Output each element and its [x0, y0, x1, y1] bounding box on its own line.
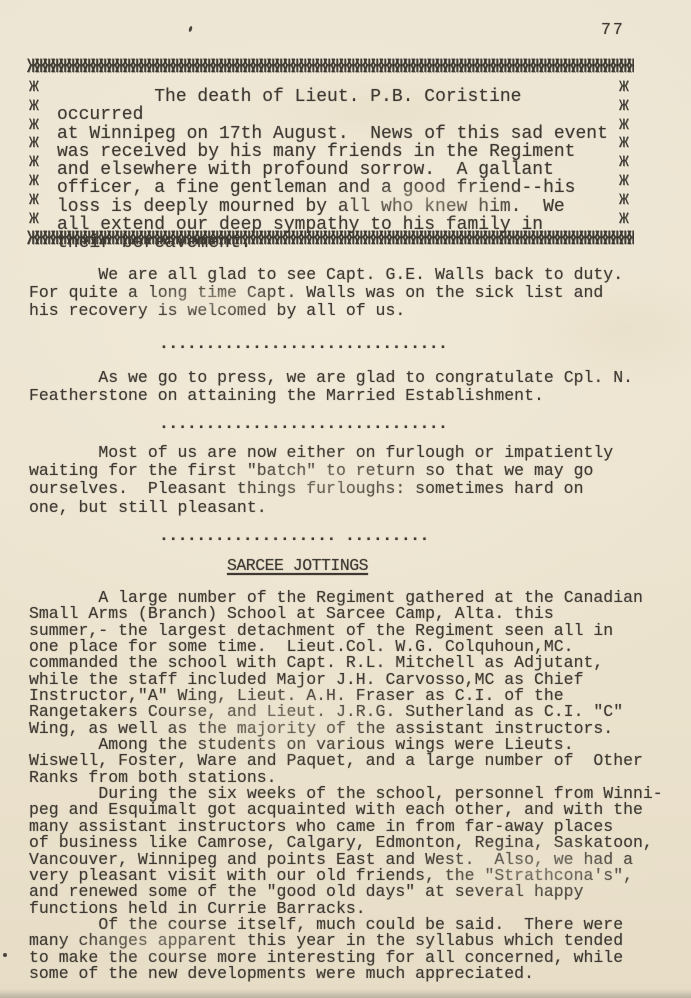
paragraph-walls: We are all glad to see Capt. G.E. Walls … [29, 266, 679, 321]
scanned-document-page: { "colors": { "paper": "#ebe2cd", "ink":… [0, 0, 691, 998]
paragraph-featherstone: As we go to press, we are glad to congra… [29, 369, 679, 405]
dotted-divider: ............................... [159, 414, 499, 433]
dotted-divider: ............................... [159, 334, 499, 353]
paragraph-furlough: Most of us are now either on furlough or… [29, 444, 679, 517]
ink-speck [3, 953, 7, 957]
typewriter-border-top: ЖЖЖЖЖЖЖЖЖЖЖЖЖЖЖЖЖЖЖЖЖЖЖЖЖЖЖЖЖЖЖЖЖЖЖЖЖЖЖЖ… [27, 58, 634, 78]
page-number: 77 [601, 20, 625, 39]
obituary-notice-box: ЖЖЖЖЖЖЖЖЖЖЖЖЖЖЖЖЖЖЖЖЖЖЖЖЖЖЖЖЖЖЖЖЖЖЖЖЖЖЖЖ… [27, 58, 634, 250]
typewriter-border-left: ЖЖЖЖЖЖЖЖ [29, 78, 46, 230]
paragraph-sarcee-school: A large number of the Regiment gathered … [29, 590, 681, 737]
paragraph-sarcee-students: Among the students on various wings were… [29, 737, 681, 786]
paragraph-sarcee-six-weeks: During the six weeks of the school, pers… [29, 786, 681, 917]
typewriter-border-right: ЖЖЖЖЖЖЖЖ [619, 78, 636, 230]
paragraph-sarcee-course: Of the course itself, much could be said… [29, 917, 681, 982]
section-heading-sarcee-jottings: SARCEE JOTTINGS [227, 556, 368, 575]
ink-speck [188, 26, 193, 33]
sarcee-jottings-section: A large number of the Regiment gathered … [29, 590, 681, 982]
scan-edge-shadow [0, 989, 691, 998]
dotted-divider: ................... ......... [159, 526, 499, 545]
obituary-text: The death of Lieut. P.B. Coristine occur… [57, 88, 617, 253]
typewriter-border-bottom: ЖЖЖЖЖЖЖЖЖЖЖЖЖЖЖЖЖЖЖЖЖЖЖЖЖЖЖЖЖЖЖЖЖЖЖЖЖЖЖЖ… [27, 230, 634, 250]
